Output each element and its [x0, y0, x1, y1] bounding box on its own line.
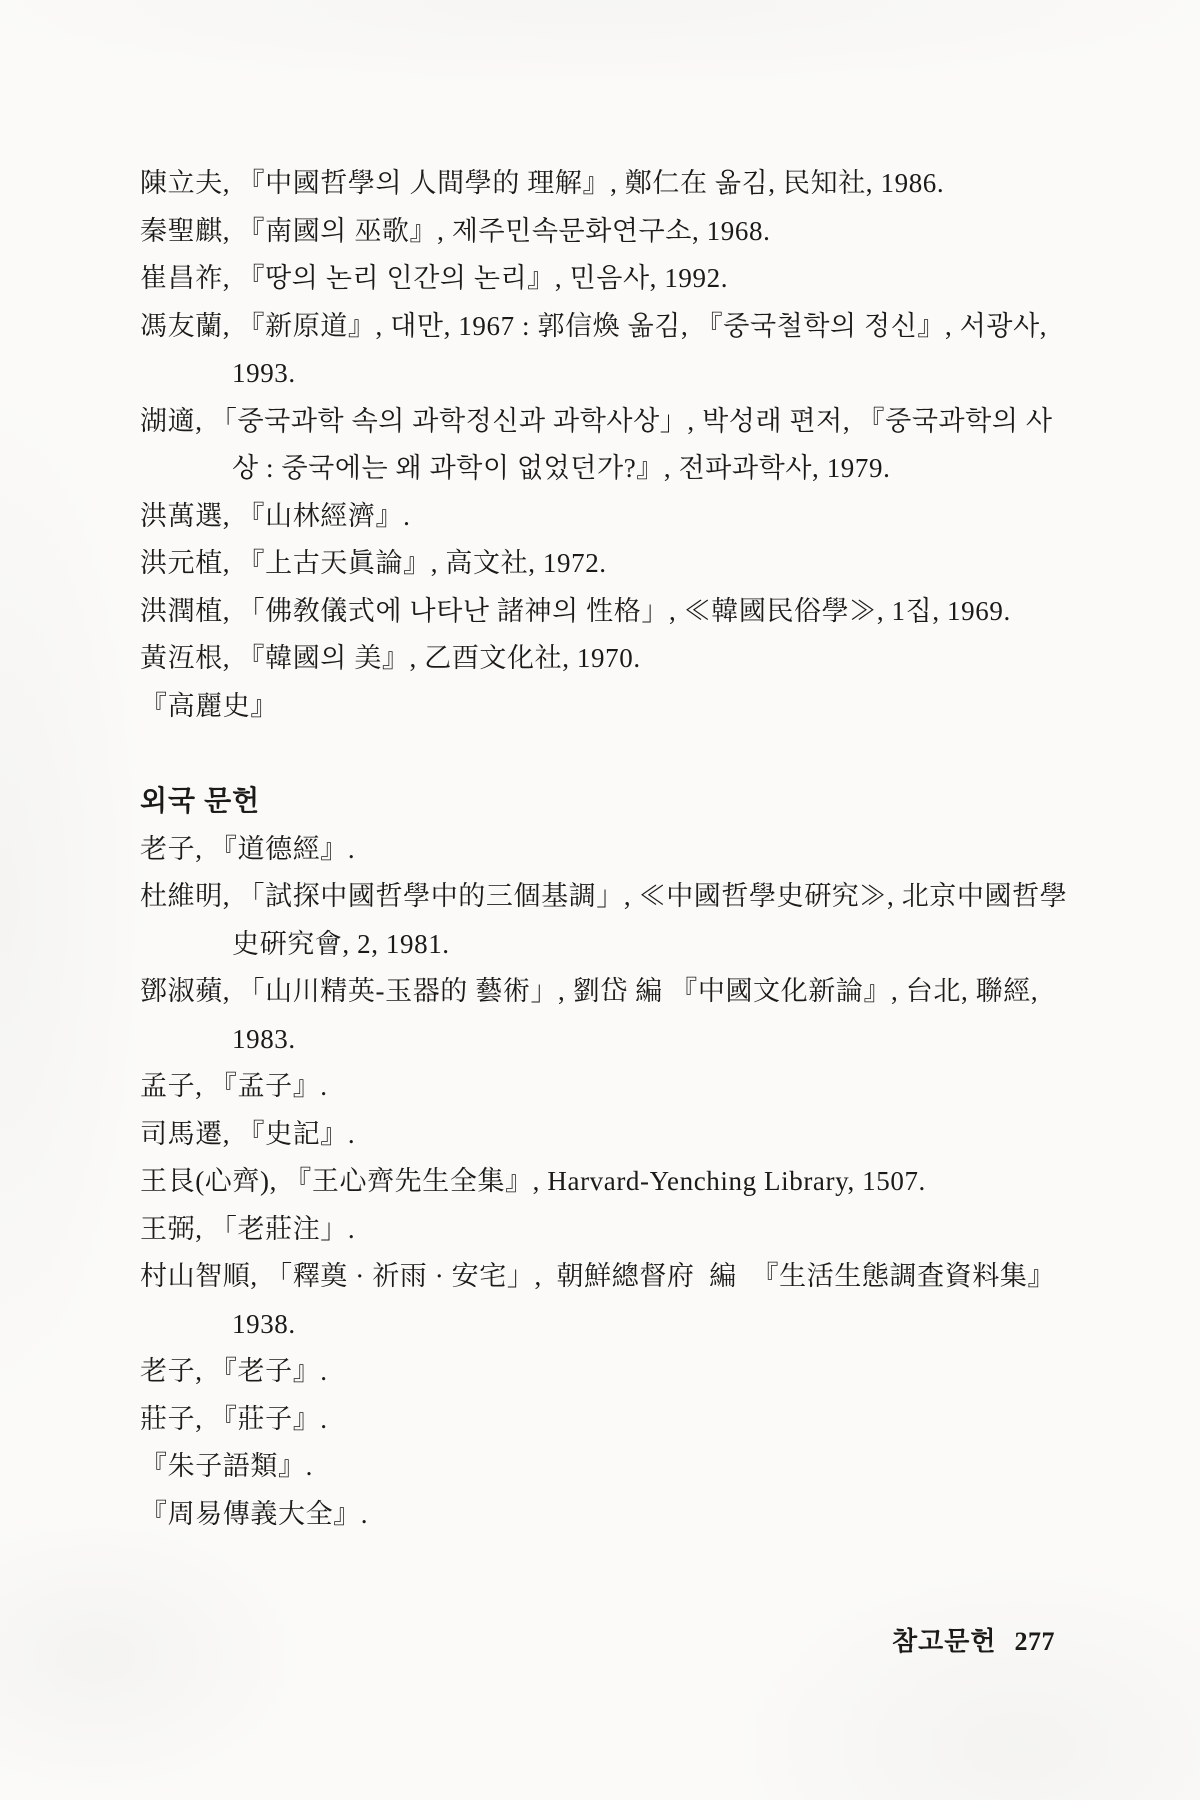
bibliography-section-foreign: 외국 문헌 老子, 『道德經』.杜維明, 「試探中國哲學中的三個基調」, ≪中國…: [140, 778, 1060, 1538]
page-footer: 참고문헌277: [862, 1591, 1055, 1688]
bibliography-line: 莊子, 『莊子』.: [140, 1396, 1060, 1444]
bibliography-line: 陳立夫, 『中國哲學의 人間學的 理解』, 鄭仁在 옮김, 民知社, 1986.: [140, 160, 1060, 208]
bibliography-line: 洪萬選, 『山林經濟』.: [140, 493, 1060, 541]
scanned-page: 陳立夫, 『中國哲學의 人間學的 理解』, 鄭仁在 옮김, 民知社, 1986.…: [0, 0, 1200, 1800]
bibliography-line: 1938.: [140, 1301, 1060, 1349]
bibliography-line: 黃沍根, 『韓國의 美』, 乙酉文化社, 1970.: [140, 635, 1060, 683]
bibliography-line: 『朱子語類』.: [140, 1443, 1060, 1491]
footer-section-label: 참고문헌: [892, 1627, 996, 1656]
bibliography-line: 秦聖麒, 『南國의 巫歌』, 제주민속문화연구소, 1968.: [140, 208, 1060, 256]
bibliography-line: 洪元植, 『上古天眞論』, 高文社, 1972.: [140, 540, 1060, 588]
bibliography-section-korean: 陳立夫, 『中國哲學의 人間學的 理解』, 鄭仁在 옮김, 民知社, 1986.…: [140, 160, 1060, 730]
bibliography-line: 洪潤植, 「佛敎儀式에 나타난 諸神의 性格」, ≪韓國民俗學≫, 1집, 19…: [140, 588, 1060, 636]
bibliography-line: 老子, 『道德經』.: [140, 826, 1060, 874]
page-number: 277: [1014, 1627, 1055, 1656]
bibliography-line: 『周易傳義大全』.: [140, 1491, 1060, 1539]
bibliography-line: 老子, 『老子』.: [140, 1348, 1060, 1396]
bibliography-line: 馮友蘭, 『新原道』, 대만, 1967 : 郭信煥 옮김, 『중국철학의 정신…: [140, 303, 1060, 351]
bibliography-line: 司馬遷, 『史記』.: [140, 1111, 1060, 1159]
bibliography-list-korean: 陳立夫, 『中國哲學의 人間學的 理解』, 鄭仁在 옮김, 民知社, 1986.…: [140, 160, 1060, 730]
bibliography: 陳立夫, 『中國哲學의 人間學的 理解』, 鄭仁在 옮김, 民知社, 1986.…: [140, 160, 1060, 1538]
bibliography-line: 상 : 중국에는 왜 과학이 없었던가?』, 전파과학사, 1979.: [140, 445, 1060, 493]
bibliography-line: 鄧淑蘋, 「山川精英-玉器的 藝術」, 劉岱 編 『中國文化新論』, 台北, 聯…: [140, 968, 1060, 1016]
bibliography-line: 史硏究會, 2, 1981.: [140, 921, 1060, 969]
bibliography-line: 崔昌祚, 『땅의 논리 인간의 논리』, 민음사, 1992.: [140, 255, 1060, 303]
bibliography-line: 孟子, 『孟子』.: [140, 1063, 1060, 1111]
bibliography-line: 『高麗史』: [140, 683, 1060, 731]
bibliography-list-foreign: 老子, 『道德經』.杜維明, 「試探中國哲學中的三個基調」, ≪中國哲學史硏究≫…: [140, 826, 1060, 1539]
bibliography-line: 1983.: [140, 1016, 1060, 1064]
bibliography-line: 杜維明, 「試探中國哲學中的三個基調」, ≪中國哲學史硏究≫, 北京中國哲學: [140, 873, 1060, 921]
section-header-foreign-works: 외국 문헌: [140, 778, 1060, 826]
bibliography-line: 1993.: [140, 350, 1060, 398]
bibliography-line: 王艮(心齊), 『王心齊先生全集』, Harvard-Yenching Libr…: [140, 1158, 1060, 1206]
bibliography-line: 王弼, 「老莊注」.: [140, 1206, 1060, 1254]
bibliography-line: 湖適, 「중국과학 속의 과학정신과 과학사상」, 박성래 편저, 『중국과학의…: [140, 398, 1060, 446]
bibliography-line: 村山智順, 「釋奠 · 祈雨 · 安宅」, 朝鮮總督府 編 『生活生態調査資料集…: [140, 1253, 1060, 1301]
